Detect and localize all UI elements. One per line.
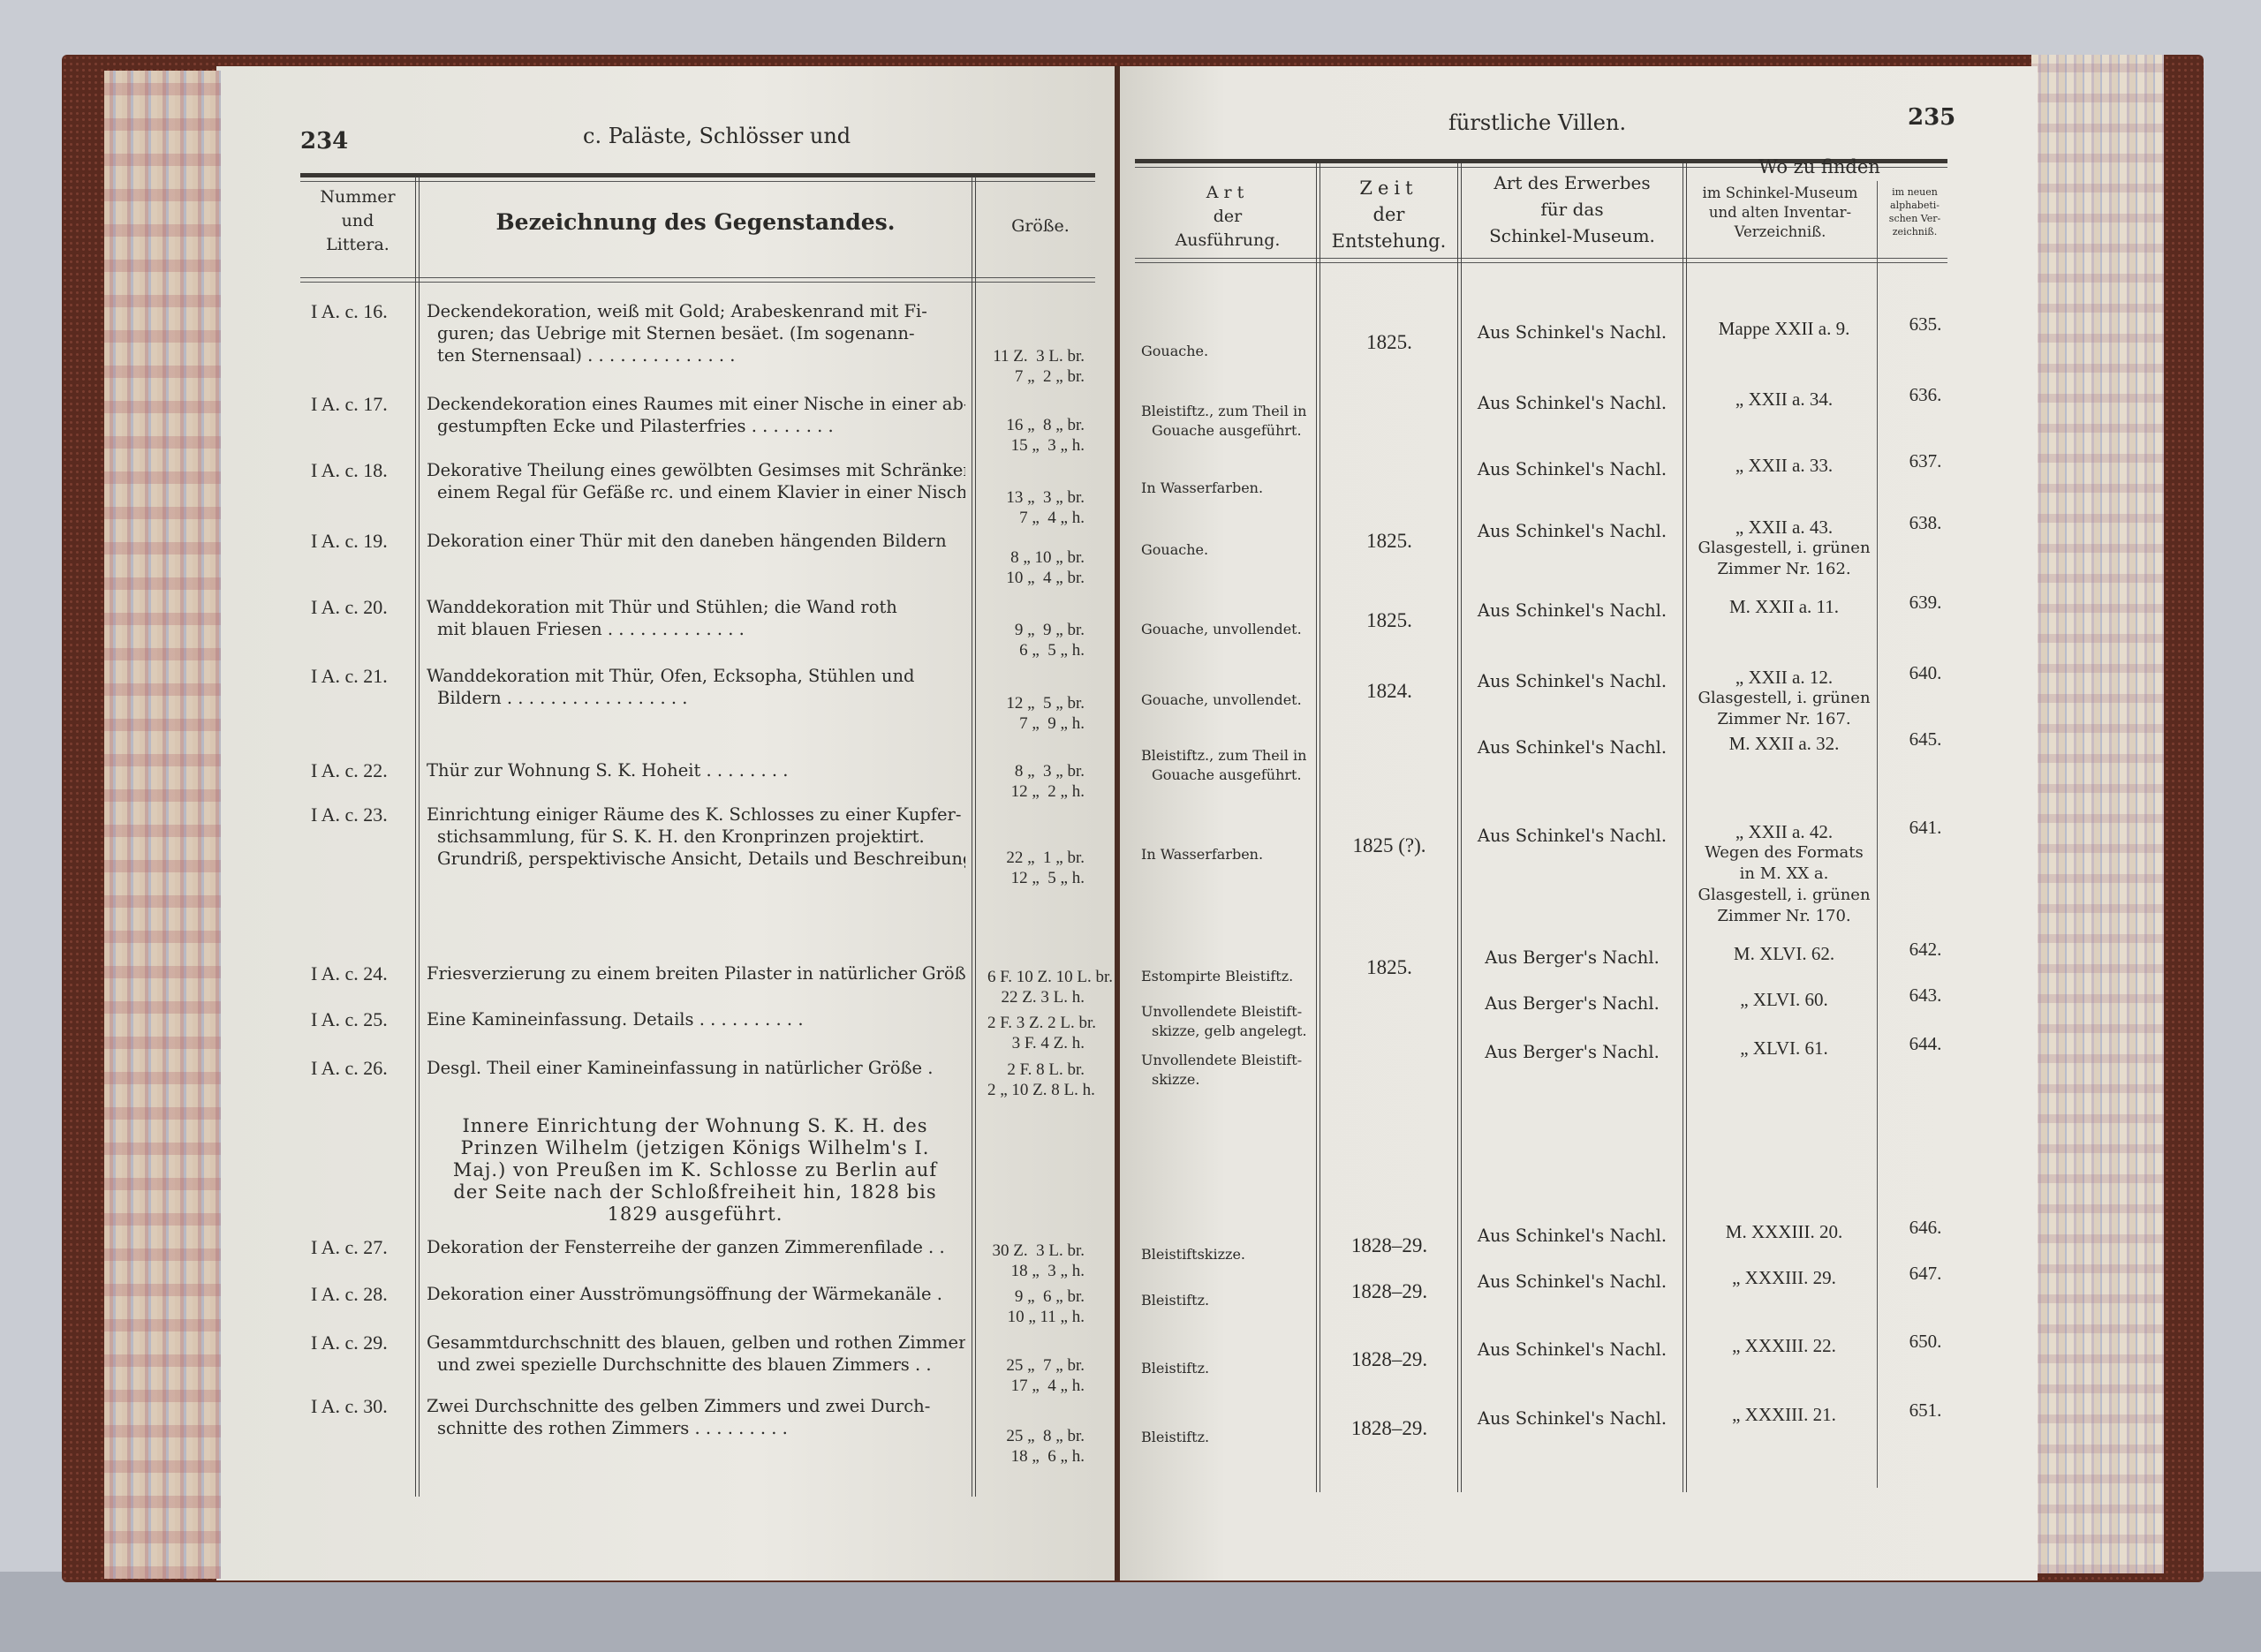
wo-line: Zimmer Nr. 170. [1687, 906, 1881, 927]
entry-size: 30 Z. 3 L. br.18 „ 3 „ h. [987, 1241, 1085, 1281]
entry-size: 25 „ 8 „ br.18 „ 6 „ h. [987, 1426, 1085, 1467]
header-art: Art der Ausführung. [1144, 181, 1312, 253]
header-line: Littera. [305, 233, 411, 257]
art-des-erwerbes: Aus Schinkel's Nachl. [1462, 322, 1683, 343]
art-des-erwerbes: Aus Schinkel's Nachl. [1462, 393, 1683, 413]
wo-zu-finden-museum: „ XXII a. 33. [1687, 455, 1881, 476]
art-des-erwerbes: Aus Schinkel's Nachl. [1462, 826, 1683, 846]
entry-id: I A. c. 24. [311, 962, 388, 984]
art-der-ausfuehrung: Bleistiftz. [1141, 1428, 1309, 1447]
entry-description: Deckendekoration, weiß mit Gold; Arabesk… [427, 300, 965, 366]
header-wo-zu-finden: Wo zu finden [1687, 155, 1952, 179]
header-line: im neuen [1879, 185, 1950, 199]
size-line: 2 F. 8 L. br. [987, 1060, 1085, 1080]
size-line: 18 „ 6 „ h. [987, 1446, 1085, 1467]
art-des-erwerbes: Aus Berger's Nachl. [1462, 993, 1683, 1014]
wo-line: Glasgestell, i. grünen [1687, 885, 1881, 906]
description-line: Deckendekoration eines Raumes mit einer … [427, 393, 965, 415]
wo-line: „ XLVI. 60. [1687, 989, 1881, 1010]
wo-line: „ XXII a. 34. [1687, 388, 1881, 410]
size-line: 22 „ 1 „ br. [987, 848, 1085, 868]
header-line: zeichniß. [1879, 225, 1950, 238]
entry-id: I A. c. 17. [311, 393, 388, 415]
entry-size: 12 „ 5 „ br.7 „ 9 „ h. [987, 693, 1085, 734]
wo-zu-finden-museum: Mappe XXII a. 9. [1687, 318, 1881, 339]
entry-description: Gesammtdurchschnitt des blauen, gelben u… [427, 1331, 965, 1376]
wo-zu-finden-museum: „ XXII a. 42.Wegen des Formatsin M. XX a… [1687, 821, 1881, 927]
art-der-ausfuehrung: Gouache. [1141, 540, 1309, 560]
size-line: 6 „ 5 „ h. [987, 640, 1085, 660]
size-line: 7 „ 9 „ h. [987, 713, 1085, 734]
description-line: Dekoration einer Thür mit den daneben hä… [427, 530, 965, 552]
size-line: 30 Z. 3 L. br. [987, 1241, 1085, 1261]
alphabetical-index-number: 644. [1899, 1033, 1952, 1055]
description-line: gestumpften Ecke und Pilasterfries . . .… [427, 415, 965, 437]
art-der-ausfuehrung: Unvollendete Bleistift-skizze. [1141, 1051, 1309, 1090]
art-line: Gouache, unvollendet. [1141, 690, 1309, 710]
header-line: Nummer [305, 185, 411, 209]
entry-size: 22 „ 1 „ br.12 „ 5 „ h. [987, 848, 1085, 888]
size-line: 7 „ 2 „ br. [987, 366, 1085, 387]
art-des-erwerbes: Aus Berger's Nachl. [1462, 947, 1683, 968]
header-line: für das [1462, 196, 1683, 223]
art-des-erwerbes: Aus Schinkel's Nachl. [1462, 600, 1683, 621]
wo-zu-finden-museum: „ XXII a. 34. [1687, 388, 1881, 410]
description-line: stichsammlung, für S. K. H. den Kronprin… [427, 826, 965, 848]
entry-description: Zwei Durchschnitte des gelben Zimmers un… [427, 1395, 965, 1439]
size-line: 12 „ 2 „ h. [987, 781, 1085, 802]
section-heading-line: 1829 ausgeführt. [426, 1203, 964, 1226]
entry-size: 2 F. 3 Z. 2 L. br.3 F. 4 Z. h. [987, 1013, 1085, 1053]
art-der-ausfuehrung: In Wasserfarben. [1141, 479, 1309, 498]
wo-line: M. XXII a. 11. [1687, 596, 1881, 617]
size-line: 3 F. 4 Z. h. [987, 1033, 1085, 1053]
entry-description: Dekorative Theilung eines gewölbten Gesi… [427, 459, 965, 503]
zeit-der-entstehung: 1825 (?). [1319, 834, 1460, 857]
entry-description: Friesverzierung zu einem breiten Pilaste… [427, 962, 965, 984]
entry-id: I A. c. 26. [311, 1057, 388, 1079]
description-line: und zwei spezielle Durchschnitte des bla… [427, 1354, 965, 1376]
wo-zu-finden-museum: „ XLVI. 61. [1687, 1037, 1881, 1059]
description-line: mit blauen Friesen . . . . . . . . . . .… [427, 618, 965, 640]
table-surface [0, 1572, 2261, 1652]
art-line: Gouache, unvollendet. [1141, 620, 1309, 639]
wo-line: Zimmer Nr. 167. [1687, 709, 1881, 730]
alphabetical-index-number: 650. [1899, 1331, 1952, 1353]
wo-zu-finden-museum: M. XLVI. 62. [1687, 943, 1881, 964]
art-line: Estompirte Bleistiftz. [1141, 967, 1309, 986]
wo-line: „ XXII a. 42. [1687, 821, 1881, 842]
zeit-der-entstehung: 1828–29. [1319, 1280, 1460, 1303]
zeit-der-entstehung: 1825. [1319, 331, 1460, 354]
header-rule-top-thin [300, 181, 1095, 182]
description-line: schnitte des rothen Zimmers . . . . . . … [427, 1417, 965, 1439]
header-line: Ausführung. [1144, 229, 1312, 253]
art-line: Bleistiftskizze. [1141, 1245, 1309, 1264]
alphabetical-index-number: 640. [1899, 662, 1952, 684]
art-line: Unvollendete Bleistift- [1141, 1051, 1309, 1070]
alphabetical-index-number: 646. [1899, 1217, 1952, 1239]
header-line: Schinkel-Museum. [1462, 223, 1683, 249]
art-line: Bleistiftz. [1141, 1359, 1309, 1378]
entry-description: Wanddekoration mit Thür, Ofen, Ecksopha,… [427, 665, 965, 709]
art-line: Bleistiftz., zum Theil in [1141, 402, 1309, 421]
book-gutter [1115, 66, 1120, 1580]
header-rule-bottom-2 [300, 282, 1095, 283]
art-line: Gouache ausgeführt. [1141, 421, 1309, 441]
art-des-erwerbes: Aus Berger's Nachl. [1462, 1042, 1683, 1062]
entry-id: I A. c. 21. [311, 665, 388, 687]
alphabetical-index-number: 636. [1899, 384, 1952, 406]
art-der-ausfuehrung: Bleistiftz., zum Theil inGouache ausgefü… [1141, 746, 1309, 785]
alphabetical-index-number: 642. [1899, 939, 1952, 961]
description-line: Gesammtdurchschnitt des blauen, gelben u… [427, 1331, 965, 1354]
art-line: In Wasserfarben. [1141, 479, 1309, 498]
art-der-ausfuehrung: In Wasserfarben. [1141, 845, 1309, 864]
art-des-erwerbes: Aus Schinkel's Nachl. [1462, 1408, 1683, 1429]
entry-size: 6 F. 10 Z. 10 L. br.22 Z. 3 L. h. [987, 967, 1085, 1007]
entry-description: Dekoration einer Thür mit den daneben hä… [427, 530, 965, 552]
header-groesse: Größe. [979, 215, 1102, 238]
alphabetical-index-number: 637. [1899, 450, 1952, 472]
alphabetical-index-number: 645. [1899, 728, 1952, 751]
description-line: Einrichtung einiger Räume des K. Schloss… [427, 803, 965, 826]
section-heading-line: Maj.) von Preußen im K. Schlosse zu Berl… [426, 1159, 964, 1181]
section-heading: Innere Einrichtung der Wohnung S. K. H. … [426, 1115, 964, 1226]
wo-zu-finden-museum: M. XXII a. 32. [1687, 733, 1881, 754]
wo-line: M. XXII a. 32. [1687, 733, 1881, 754]
entry-size: 13 „ 3 „ br.7 „ 4 „ h. [987, 487, 1085, 528]
size-line: 8 „ 3 „ br. [987, 761, 1085, 781]
column-divider [972, 177, 976, 1497]
alphabetical-index-number: 635. [1899, 313, 1952, 336]
wo-zu-finden-museum: „ XXII a. 12.Glasgestell, i. grünenZimme… [1687, 667, 1881, 730]
zeit-der-entstehung: 1824. [1319, 680, 1460, 703]
header-line: der [1320, 201, 1457, 228]
entry-description: Thür zur Wohnung S. K. Hoheit . . . . . … [427, 759, 965, 781]
art-des-erwerbes: Aus Schinkel's Nachl. [1462, 737, 1683, 758]
wo-line: „ XXII a. 33. [1687, 455, 1881, 476]
art-line: skizze, gelb angelegt. [1141, 1022, 1309, 1041]
entry-id: I A. c. 22. [311, 759, 388, 781]
description-line: Wanddekoration mit Thür, Ofen, Ecksopha,… [427, 665, 965, 687]
size-line: 15 „ 3 „ h. [987, 435, 1085, 456]
size-line: 8 „ 10 „ br. [987, 547, 1085, 568]
header-line: und [305, 209, 411, 233]
art-der-ausfuehrung: Unvollendete Bleistift-skizze, gelb ange… [1141, 1002, 1309, 1041]
zeit-der-entstehung: 1825. [1319, 530, 1460, 553]
header-line: alphabeti- [1879, 199, 1950, 212]
header-wo-alph: im neuen alphabeti- schen Ver- zeichniß. [1879, 185, 1950, 238]
size-line: 25 „ 7 „ br. [987, 1355, 1085, 1376]
wo-line: Zimmer Nr. 162. [1687, 559, 1881, 580]
zeit-der-entstehung: 1828–29. [1319, 1234, 1460, 1257]
header-bezeichnung: Bezeichnung des Gegenstandes. [424, 210, 967, 234]
wo-zu-finden-museum: „ XLVI. 60. [1687, 989, 1881, 1010]
wo-line: in M. XX a. [1687, 864, 1881, 885]
header-rule-bottom-right-2 [1135, 262, 1947, 263]
header-line: Entstehung. [1320, 228, 1457, 254]
description-line: Bildern . . . . . . . . . . . . . . . . … [427, 687, 965, 709]
entry-size: 25 „ 7 „ br.17 „ 4 „ h. [987, 1355, 1085, 1396]
entry-id: I A. c. 19. [311, 530, 388, 552]
art-der-ausfuehrung: Bleistiftz. [1141, 1359, 1309, 1378]
size-line: 22 Z. 3 L. h. [987, 987, 1085, 1007]
description-line: guren; das Uebrige mit Sternen besäet. (… [427, 322, 965, 344]
wo-line: „ XXXIII. 29. [1687, 1267, 1881, 1288]
description-line: Dekorative Theilung eines gewölbten Gesi… [427, 459, 965, 481]
alphabetical-index-number: 643. [1899, 984, 1952, 1007]
art-der-ausfuehrung: Bleistiftz. [1141, 1291, 1309, 1310]
wo-line: „ XLVI. 61. [1687, 1037, 1881, 1059]
size-line: 10 „ 11 „ h. [987, 1307, 1085, 1327]
art-line: Bleistiftz. [1141, 1428, 1309, 1447]
entry-size: 8 „ 10 „ br.10 „ 4 „ br. [987, 547, 1085, 588]
size-line: 11 Z. 3 L. br. [987, 346, 1085, 366]
entry-size: 8 „ 3 „ br.12 „ 2 „ h. [987, 761, 1085, 802]
header-nummer: Nummer und Littera. [305, 185, 411, 257]
size-line: 18 „ 3 „ h. [987, 1261, 1085, 1281]
header-zeit: Zeit der Entstehung. [1320, 175, 1457, 254]
entry-id: I A. c. 27. [311, 1236, 388, 1258]
header-line: schen Ver- [1879, 212, 1950, 225]
entry-description: Wanddekoration mit Thür und Stühlen; die… [427, 596, 965, 640]
wo-line: „ XXXIII. 21. [1687, 1404, 1881, 1425]
art-der-ausfuehrung: Gouache, unvollendet. [1141, 690, 1309, 710]
wo-zu-finden-museum: „ XXXIII. 21. [1687, 1404, 1881, 1425]
section-heading-line: der Seite nach der Schloßfreiheit hin, 1… [426, 1181, 964, 1203]
marbled-page-edge-right [2031, 55, 2164, 1573]
entry-size: 16 „ 8 „ br.15 „ 3 „ h. [987, 415, 1085, 456]
description-line: Desgl. Theil einer Kamineinfassung in na… [427, 1057, 965, 1079]
entry-size: 2 F. 8 L. br.2 „ 10 Z. 8 L. h. [987, 1060, 1085, 1100]
header-rule-bottom [300, 277, 1095, 278]
art-line: Unvollendete Bleistift- [1141, 1002, 1309, 1022]
art-line: Bleistiftz., zum Theil in [1141, 746, 1309, 766]
entry-id: I A. c. 28. [311, 1283, 388, 1305]
size-line: 12 „ 5 „ h. [987, 868, 1085, 888]
art-der-ausfuehrung: Bleistiftskizze. [1141, 1245, 1309, 1264]
page-number-left: 234 [300, 128, 348, 155]
size-line: 9 „ 6 „ br. [987, 1286, 1085, 1307]
header-line: der [1144, 205, 1312, 229]
wo-zu-finden-museum: „ XXII a. 43.Glasgestell, i. grünenZimme… [1687, 517, 1881, 580]
size-line: 25 „ 8 „ br. [987, 1426, 1085, 1446]
size-line: 17 „ 4 „ h. [987, 1376, 1085, 1396]
zeit-der-entstehung: 1825. [1319, 956, 1460, 979]
entry-size: 11 Z. 3 L. br.7 „ 2 „ br. [987, 346, 1085, 387]
section-heading-line: Innere Einrichtung der Wohnung S. K. H. … [426, 1115, 964, 1137]
entry-id: I A. c. 20. [311, 596, 388, 618]
header-erwerb: Art des Erwerbes für das Schinkel-Museum… [1462, 170, 1683, 249]
header-line: Art des Erwerbes [1462, 170, 1683, 196]
header-line: Art [1144, 181, 1312, 205]
art-des-erwerbes: Aus Schinkel's Nachl. [1462, 1339, 1683, 1360]
wo-line: Wegen des Formats [1687, 842, 1881, 864]
column-divider [415, 177, 420, 1497]
page-number-right: 235 [1908, 104, 1955, 131]
wo-zu-finden-museum: „ XXXIII. 29. [1687, 1267, 1881, 1288]
alphabetical-index-number: 638. [1899, 512, 1952, 534]
wo-line: Glasgestell, i. grünen [1687, 688, 1881, 709]
wo-line: „ XXII a. 43. [1687, 517, 1881, 538]
art-der-ausfuehrung: Bleistiftz., zum Theil inGouache ausgefü… [1141, 402, 1309, 441]
size-line: 16 „ 8 „ br. [987, 415, 1085, 435]
alphabetical-index-number: 639. [1899, 592, 1952, 614]
size-line: 6 F. 10 Z. 10 L. br. [987, 967, 1085, 987]
header-line: und alten Inventar- [1685, 203, 1875, 223]
entry-description: Desgl. Theil einer Kamineinfassung in na… [427, 1057, 965, 1079]
art-der-ausfuehrung: Gouache, unvollendet. [1141, 620, 1309, 639]
entry-id: I A. c. 25. [311, 1008, 388, 1030]
wo-zu-finden-museum: M. XXII a. 11. [1687, 596, 1881, 617]
wo-zu-finden-museum: „ XXXIII. 22. [1687, 1335, 1881, 1356]
alphabetical-index-number: 647. [1899, 1263, 1952, 1285]
zeit-der-entstehung: 1825. [1319, 609, 1460, 632]
alphabetical-index-number: 641. [1899, 817, 1952, 839]
size-line: 2 F. 3 Z. 2 L. br. [987, 1013, 1085, 1033]
art-line: In Wasserfarben. [1141, 845, 1309, 864]
size-line: 12 „ 5 „ br. [987, 693, 1085, 713]
running-head-left: c. Paläste, Schlösser und [583, 124, 851, 148]
description-line: Eine Kamineinfassung. Details . . . . . … [427, 1008, 965, 1030]
header-rule-bottom-right [1135, 258, 1947, 259]
section-heading-line: Prinzen Wilhelm (jetzigen Königs Wilhelm… [426, 1137, 964, 1159]
wo-line: „ XXXIII. 22. [1687, 1335, 1881, 1356]
wo-line: M. XXXIII. 20. [1687, 1221, 1881, 1242]
description-line: Grundriß, perspektivische Ansicht, Detai… [427, 848, 965, 870]
art-der-ausfuehrung: Gouache. [1141, 342, 1309, 361]
header-line: Verzeichniß. [1685, 223, 1875, 242]
entry-id: I A. c. 30. [311, 1395, 388, 1417]
art-line: skizze. [1141, 1070, 1309, 1090]
header-wo-museum: im Schinkel-Museum und alten Inventar- V… [1685, 184, 1875, 242]
entry-id: I A. c. 18. [311, 459, 388, 481]
running-head-right: fürstliche Villen. [1448, 110, 1626, 135]
description-line: Deckendekoration, weiß mit Gold; Arabesk… [427, 300, 965, 322]
art-des-erwerbes: Aus Schinkel's Nachl. [1462, 521, 1683, 541]
marbled-page-edge-left [104, 71, 221, 1579]
entry-id: I A. c. 23. [311, 803, 388, 826]
art-line: Bleistiftz. [1141, 1291, 1309, 1310]
art-des-erwerbes: Aus Schinkel's Nachl. [1462, 671, 1683, 691]
art-line: Gouache. [1141, 540, 1309, 560]
art-des-erwerbes: Aus Schinkel's Nachl. [1462, 459, 1683, 479]
entry-description: Dekoration einer Ausströmungsöffnung der… [427, 1283, 965, 1305]
description-line: Friesverzierung zu einem breiten Pilaste… [427, 962, 965, 984]
entry-description: Deckendekoration eines Raumes mit einer … [427, 393, 965, 437]
wo-line: Mappe XXII a. 9. [1687, 318, 1881, 339]
size-line: 10 „ 4 „ br. [987, 568, 1085, 588]
zeit-der-entstehung: 1828–29. [1319, 1417, 1460, 1440]
entry-description: Einrichtung einiger Räume des K. Schloss… [427, 803, 965, 870]
header-line: im Schinkel-Museum [1685, 184, 1875, 203]
art-des-erwerbes: Aus Schinkel's Nachl. [1462, 1271, 1683, 1292]
description-line: Dekoration der Fensterreihe der ganzen Z… [427, 1236, 965, 1258]
wo-line: M. XLVI. 62. [1687, 943, 1881, 964]
description-line: Wanddekoration mit Thür und Stühlen; die… [427, 596, 965, 618]
entry-id: I A. c. 29. [311, 1331, 388, 1354]
zeit-der-entstehung: 1828–29. [1319, 1348, 1460, 1371]
alphabetical-index-number: 651. [1899, 1399, 1952, 1422]
wo-line: „ XXII a. 12. [1687, 667, 1881, 688]
entry-size: 9 „ 6 „ br.10 „ 11 „ h. [987, 1286, 1085, 1327]
wo-line: Glasgestell, i. grünen [1687, 538, 1881, 559]
entry-id: I A. c. 16. [311, 300, 388, 322]
header-line: Zeit [1320, 175, 1457, 201]
description-line: einem Regal für Gefäße rc. und einem Kla… [427, 481, 965, 503]
art-der-ausfuehrung: Estompirte Bleistiftz. [1141, 967, 1309, 986]
description-line: Dekoration einer Ausströmungsöffnung der… [427, 1283, 965, 1305]
size-line: 9 „ 9 „ br. [987, 620, 1085, 640]
header-rule-top [300, 173, 1095, 177]
size-line: 13 „ 3 „ br. [987, 487, 1085, 508]
size-line: 7 „ 4 „ h. [987, 508, 1085, 528]
entry-description: Dekoration der Fensterreihe der ganzen Z… [427, 1236, 965, 1258]
description-line: Thür zur Wohnung S. K. Hoheit . . . . . … [427, 759, 965, 781]
wo-zu-finden-museum: M. XXXIII. 20. [1687, 1221, 1881, 1242]
description-line: ten Sternensaal) . . . . . . . . . . . .… [427, 344, 965, 366]
entry-description: Eine Kamineinfassung. Details . . . . . … [427, 1008, 965, 1030]
art-des-erwerbes: Aus Schinkel's Nachl. [1462, 1226, 1683, 1246]
art-line: Gouache. [1141, 342, 1309, 361]
size-line: 2 „ 10 Z. 8 L. h. [987, 1080, 1085, 1100]
description-line: Zwei Durchschnitte des gelben Zimmers un… [427, 1395, 965, 1417]
art-line: Gouache ausgeführt. [1141, 766, 1309, 785]
entry-size: 9 „ 9 „ br.6 „ 5 „ h. [987, 620, 1085, 660]
